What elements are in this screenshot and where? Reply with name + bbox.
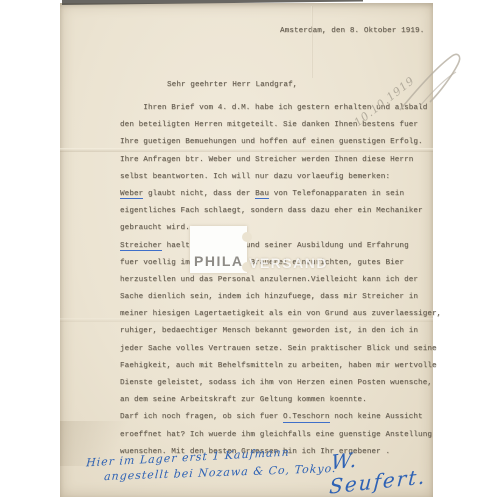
underlined-name: Bau <box>255 190 269 200</box>
letter-line: Faehigkeit, auch mit Behelfsmitteln zu a… <box>120 358 440 375</box>
scanned-letter-photo: Amsterdam, den 8. Oktober 1919. 10.10.19… <box>0 0 500 500</box>
letter-line: Sache dienlich sein, indem ich hinzufueg… <box>120 289 440 306</box>
line-text: herzustellen und das Personal anzulernen… <box>120 276 418 284</box>
line-text: ruhiger, bedaechtiger Mensch bekannt gew… <box>120 327 418 335</box>
dateline: Amsterdam, den 8. Oktober 1919. <box>280 27 424 35</box>
letter-paper: Amsterdam, den 8. Oktober 1919. 10.10.19… <box>60 3 433 497</box>
line-text: gebraucht wird. <box>120 224 190 232</box>
watermark-stamp-box: PHILA <box>190 226 247 273</box>
vertical-crease <box>311 6 313 78</box>
line-text: eroeffnet hat? Ich wuerde ihm gleichfall… <box>120 431 432 439</box>
letter-body: Ihren Brief vom 4. d.M. habe ich gestern… <box>120 100 440 461</box>
letter-line: selbst beantworten. Ich will nur dazu vo… <box>120 169 440 186</box>
underlined-name: Streicher <box>120 242 162 252</box>
pencil-scribble-mark <box>390 48 470 118</box>
letter-line: Streicher haelt sich auf Grund seiner Au… <box>120 238 440 255</box>
letter-line: an dem seine Arbeitskraft zur Geltung ko… <box>120 392 440 409</box>
letter-line: eigentliches Fach schlaegt, sondern dass… <box>120 203 440 220</box>
watermark-text-phila: PHILA <box>194 253 244 269</box>
line-text: den beteiligten Herren mitgeteilt. Sie d… <box>120 121 418 129</box>
underlined-name: O.Teschorn <box>283 413 330 423</box>
letter-line: jeder Sache volles Vertrauen setze. Sein… <box>120 341 440 358</box>
underlined-name: Weber <box>120 190 143 200</box>
letter-line: ruhiger, bedaechtiger Mensch bekannt gew… <box>120 323 440 340</box>
line-text: glaubt nicht, dass der <box>143 190 255 198</box>
signature: W. Seufert. <box>329 439 435 498</box>
line-text: Dienste geleistet, sodass ich ihm von He… <box>120 379 432 387</box>
line-text: meiner hiesigen Lagertaetigkeit als ein … <box>120 310 441 318</box>
letter-line: herzustellen und das Personal anzulernen… <box>120 272 440 289</box>
line-text: Faehigkeit, auch mit Behelfsmitteln zu a… <box>120 362 437 370</box>
line-text: eigentliches Fach schlaegt, sondern dass… <box>120 207 423 215</box>
letter-line: Ihre Anfragen btr. Weber und Streicher w… <box>120 152 440 169</box>
watermark-text-versand: VERSAND <box>249 255 328 271</box>
letter-line: Ihre guetigen Bemuehungen und hoffen auf… <box>120 134 440 151</box>
letter-line: den beteiligten Herren mitgeteilt. Sie d… <box>120 117 440 134</box>
line-text: Ihre Anfragen btr. Weber und Streicher w… <box>120 156 413 164</box>
letter-line: Weber glaubt nicht, dass der Bau von Tel… <box>120 186 440 203</box>
letter-line: eroeffnet hat? Ich wuerde ihm gleichfall… <box>120 427 440 444</box>
letter-line: meiner hiesigen Lagertaetigkeit als ein … <box>120 306 440 323</box>
letter-line: Darf ich noch fragen, ob sich fuer O.Tes… <box>120 409 440 426</box>
salutation: Sehr geehrter Herr Landgraf, <box>167 81 297 89</box>
letter-line: Dienste geleistet, sodass ich ihm von He… <box>120 375 440 392</box>
line-text: jeder Sache volles Vertrauen setze. Sein… <box>120 345 437 353</box>
letter-line: gebraucht wird. <box>120 220 440 237</box>
line-text: an dem seine Arbeitskraft zur Geltung ko… <box>120 396 367 404</box>
line-text: selbst beantworten. Ich will nur dazu vo… <box>120 173 390 181</box>
line-text: Ihre guetigen Bemuehungen und hoffen auf… <box>120 138 423 146</box>
line-text: Darf ich noch fragen, ob sich fuer <box>120 413 283 421</box>
line-text: noch keine Aussicht <box>330 413 423 421</box>
line-text: von Telefonapparaten in sein <box>269 190 404 198</box>
line-text: Sache dienlich sein, indem ich hinzufueg… <box>120 293 418 301</box>
